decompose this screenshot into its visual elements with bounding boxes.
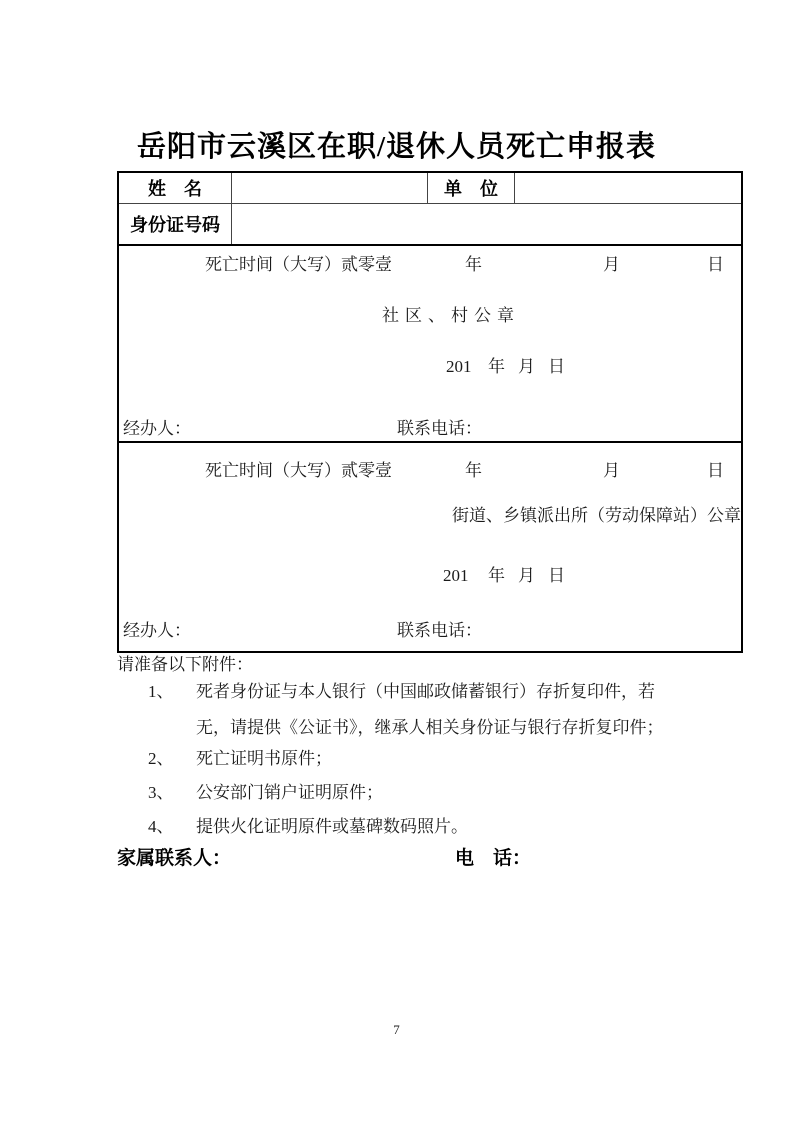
list-item-text: 死者身份证与本人银行（中国邮政储蓄银行）存折复印件，若 — [196, 681, 655, 703]
list-item-number: 4、 — [148, 816, 174, 838]
month-label: 月 — [603, 254, 620, 276]
document-page: 岳阳市云溪区在职/退休人员死亡申报表 姓 名 单 位 身份证号码 — [0, 0, 793, 1122]
section-community-seal: 死亡时间（大写）贰零壹 年 月 日 社区、村公章 201 年 月 日 经办人： … — [119, 246, 741, 443]
list-item-text: 提供火化证明原件或墓碑数码照片。 — [196, 816, 468, 838]
family-phone-label: 电 话： — [455, 847, 531, 871]
family-contact-label: 家属联系人： — [117, 847, 231, 871]
death-time-label: 死亡时间（大写）贰零壹 — [205, 460, 392, 482]
name-value-cell — [232, 173, 428, 203]
unit-label: 单 位 — [444, 175, 498, 201]
date-month-label: 月 — [518, 565, 535, 587]
month-label: 月 — [603, 460, 620, 482]
seal-label: 社区、村公章 — [382, 305, 520, 327]
form-title: 岳阳市云溪区在职/退休人员死亡申报表 — [0, 130, 793, 164]
day-label: 日 — [707, 460, 724, 482]
year-label: 年 — [465, 460, 482, 482]
agent-label: 经办人： — [123, 620, 191, 642]
id-value-cell — [232, 204, 741, 244]
table-row-id: 身份证号码 — [119, 204, 741, 246]
date-prefix: 201 — [446, 356, 472, 378]
date-month-label: 月 — [518, 356, 535, 378]
name-label: 姓 名 — [148, 175, 202, 201]
unit-value-cell — [515, 173, 741, 203]
date-prefix: 201 — [443, 565, 469, 587]
agent-label: 经办人： — [123, 418, 191, 440]
attachments-intro: 请准备以下附件： — [117, 654, 253, 676]
unit-label-cell: 单 位 — [428, 173, 515, 203]
id-label-cell: 身份证号码 — [119, 204, 232, 244]
table-row-name-unit: 姓 名 单 位 — [119, 173, 741, 204]
form-table: 姓 名 单 位 身份证号码 死亡时间（大写）贰零壹 年 月 — [117, 171, 743, 653]
list-item-text: 无，请提供《公证书》，继承人相关身份证与银行存折复印件； — [196, 717, 664, 739]
name-label-cell: 姓 名 — [119, 173, 232, 203]
contact-phone-label: 联系电话： — [397, 620, 482, 642]
list-item-text: 死亡证明书原件； — [196, 748, 332, 770]
page-number: 7 — [0, 1022, 793, 1038]
list-item-text: 公安部门销户证明原件； — [196, 782, 383, 804]
date-year-label: 年 — [488, 565, 505, 587]
date-day-label: 日 — [548, 356, 565, 378]
day-label: 日 — [707, 254, 724, 276]
list-item-number: 1、 — [148, 681, 174, 703]
list-item-number: 3、 — [148, 782, 174, 804]
section-street-seal: 死亡时间（大写）贰零壹 年 月 日 街道、乡镇派出所（劳动保障站）公章 201 … — [119, 443, 741, 651]
death-time-label: 死亡时间（大写）贰零壹 — [205, 254, 392, 276]
contact-phone-label: 联系电话： — [397, 418, 482, 440]
seal-label: 街道、乡镇派出所（劳动保障站）公章 — [452, 505, 741, 527]
year-label: 年 — [465, 254, 482, 276]
id-label: 身份证号码 — [130, 211, 220, 237]
list-item-number: 2、 — [148, 748, 174, 770]
date-day-label: 日 — [548, 565, 565, 587]
date-year-label: 年 — [488, 356, 505, 378]
